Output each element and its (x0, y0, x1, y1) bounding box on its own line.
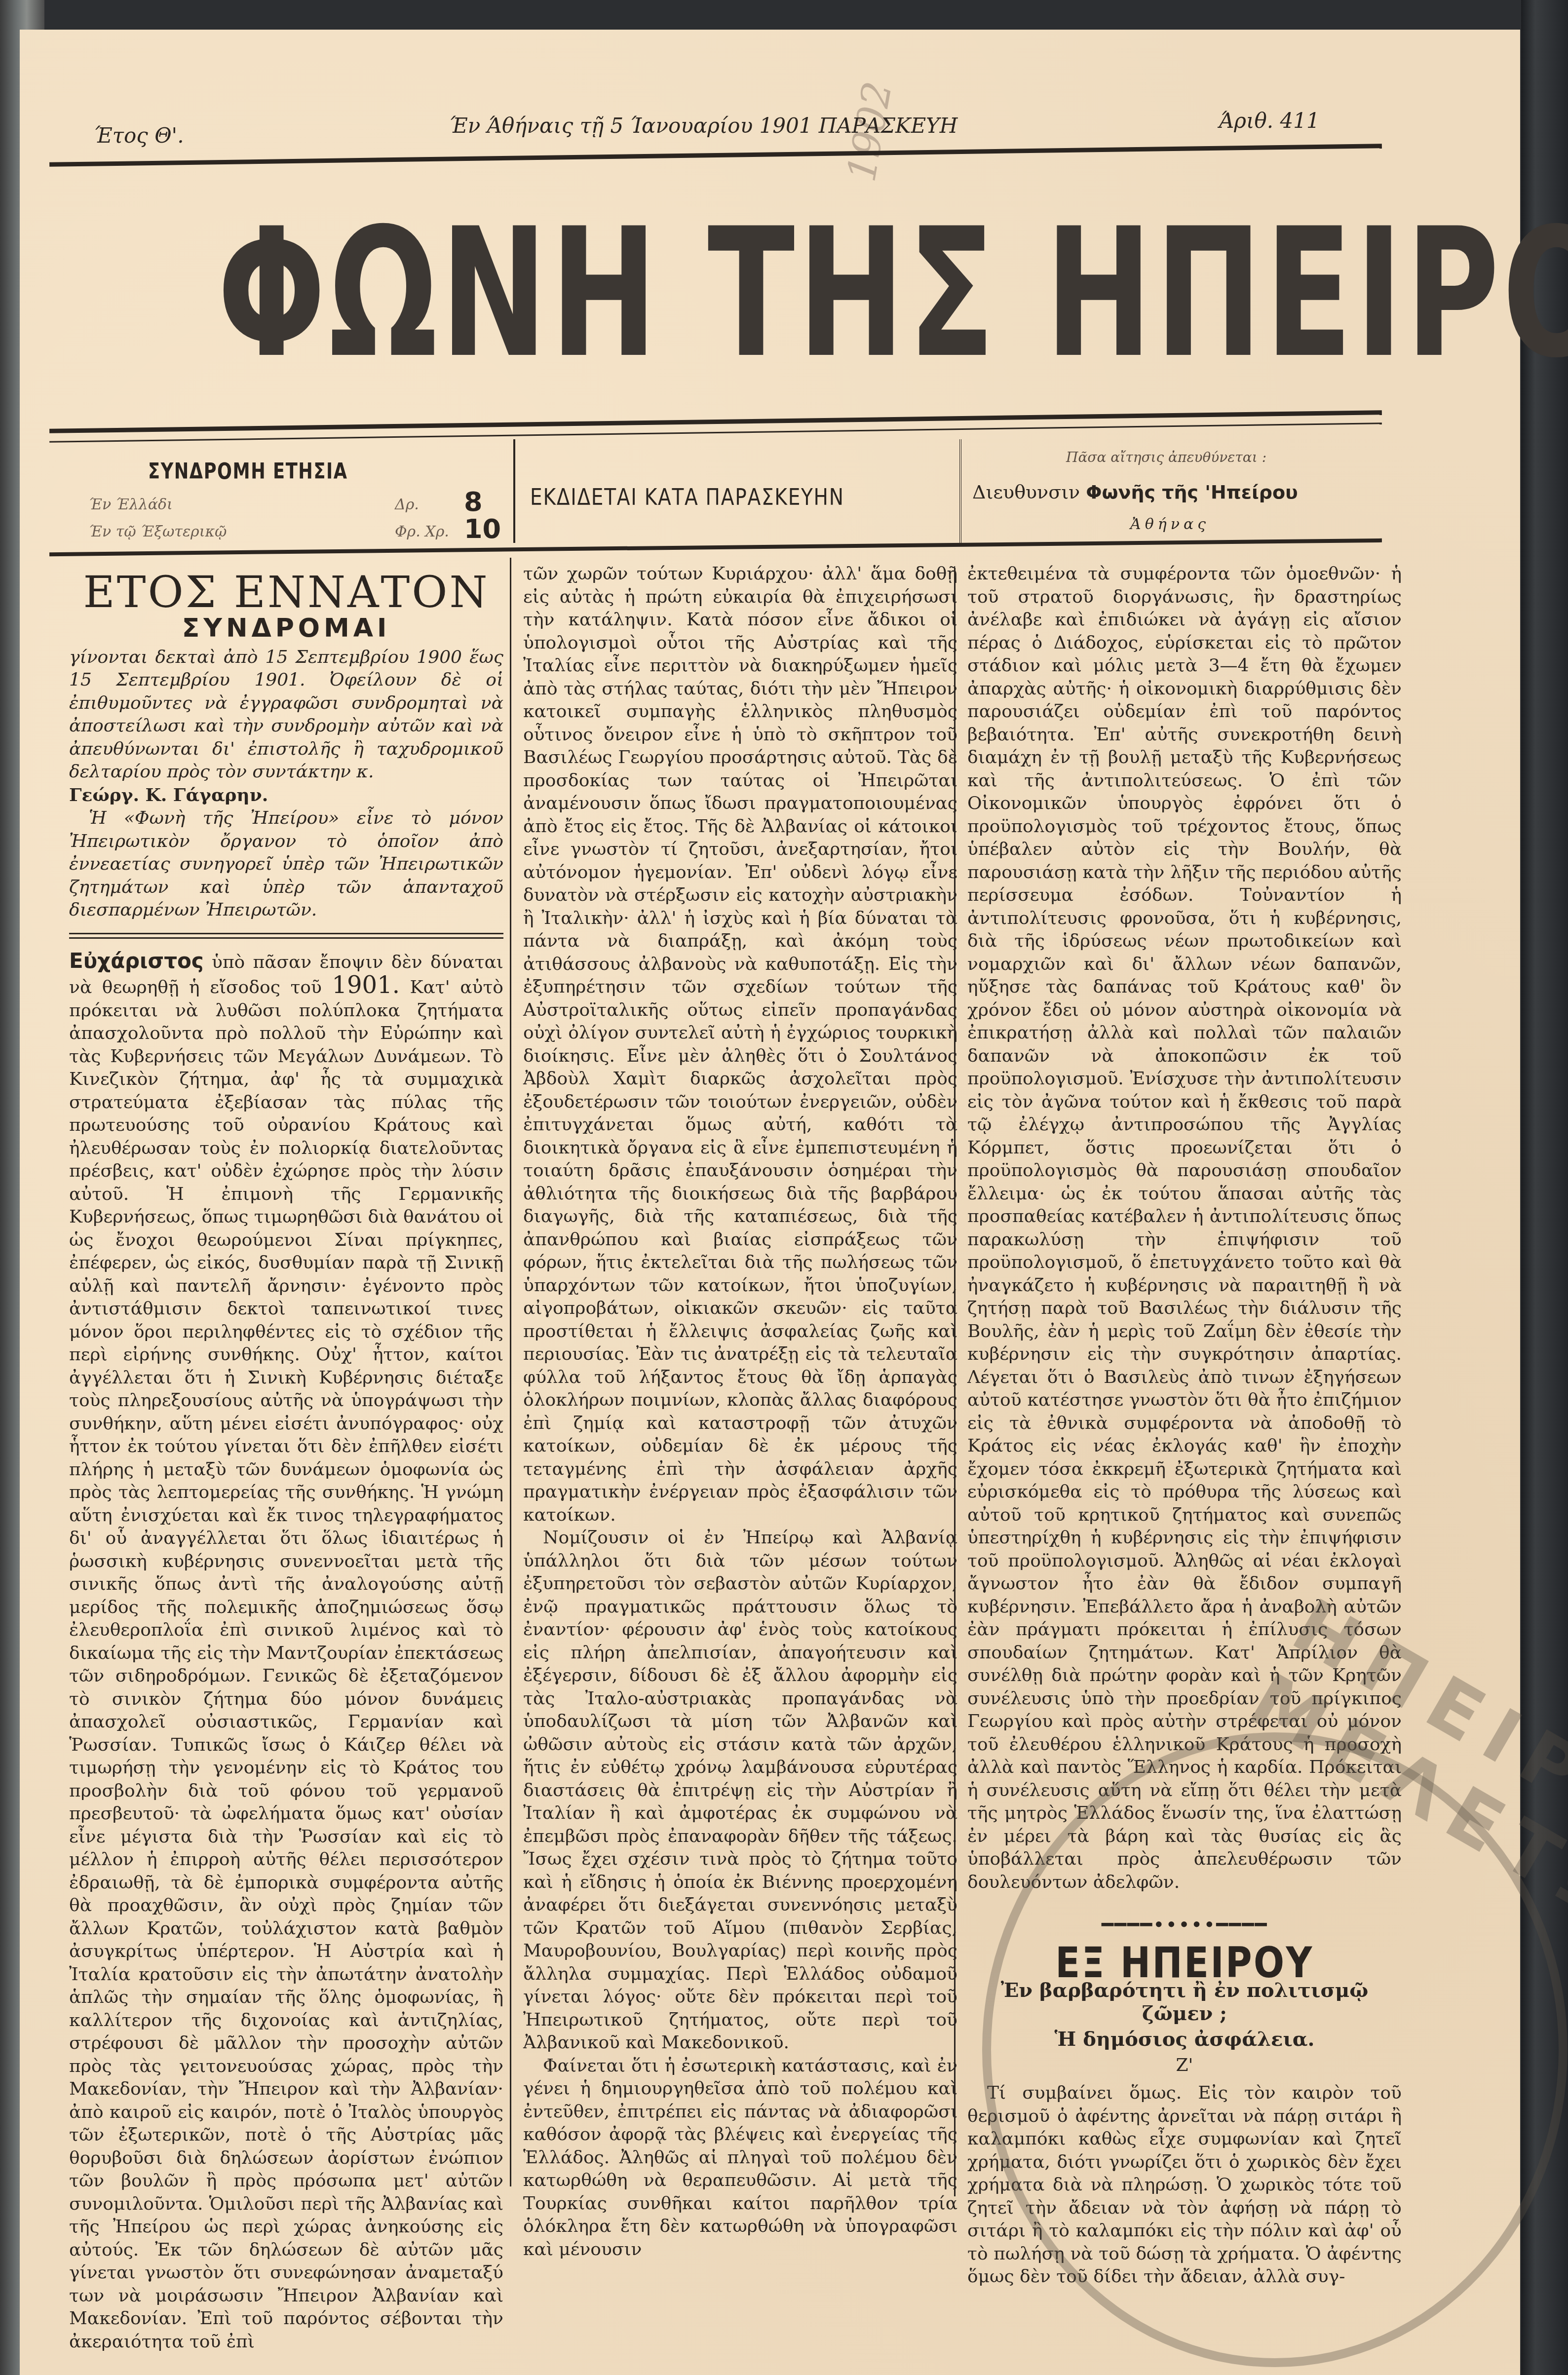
address-city: Ἀθήνας (1130, 516, 1210, 533)
issue-number: Άριθ. 411 (1219, 109, 1320, 133)
column-3: ἐκτεθειμένα τὰ συμφέροντα τῶν ὁμοεθνῶν· … (967, 563, 1402, 2289)
address-note: Πᾶσα αἴτησις ἀπευθύνεται : (1066, 449, 1266, 465)
ornament-divider: ━━━━•••••━━━━ (967, 1914, 1402, 1937)
column-1: ΕΤΟΣ ΕΝΝΑΤΟΝ ΣΥΝΔΡΟΜΑΙ γίνονται δεκταὶ ἀ… (69, 563, 503, 2353)
article-body-col3: ἐκτεθειμένα τὰ συμφέροντα τῶν ὁμοεθνῶν· … (967, 563, 1402, 1894)
column-2: τῶν χωρῶν τούτων Κυριάρχου· ἀλλ' ἅμα δοθ… (523, 563, 957, 2261)
article-body-col2-part1: τῶν χωρῶν τούτων Κυριάρχου· ἀλλ' ἅμα δοθ… (523, 563, 957, 1527)
section-subtitle-2: Ἡ δημόσιος ἀσφάλεια. (967, 2028, 1402, 2051)
article-lead-word: Εὐχάριστος (69, 949, 204, 973)
info-bar: ΣΥΝΔΡΟΜΗ ΕΤΗΣΙΑ Έν Έλλάδι Δρ. 8 Έν τῷ Έξ… (39, 439, 1402, 543)
year-heading: ΕΤΟΣ ΕΝΝΑΤΟΝ (69, 568, 503, 617)
address-prefix: Διευθυνσιν (972, 481, 1080, 503)
publication-schedule: ΕΚΔΙΔΕΤΑΙ ΚΑΤΑ ΠΑΡΑΣΚΕΥΗΝ (530, 484, 844, 510)
subscription-row-foreign-value: 10 (464, 513, 501, 544)
address-line: Διευθυνσιν Φωνῆς τῆς 'Ηπείρου (972, 481, 1298, 503)
address-newspaper: Φωνῆς τῆς 'Ηπείρου (1086, 481, 1298, 503)
masthead-title: ΦΩΝΗ ΤΗΣ ΗΠΕΙΡΟΥ (217, 178, 892, 410)
section-body: Τί συμβαίνει ὅμως. Εἰς τὸν καιρὸν τοῦ θε… (967, 2082, 1402, 2289)
subscription-row-domestic-value: 8 (464, 486, 483, 517)
section-part-number: Ζ' (967, 2054, 1402, 2077)
publication-box: ΕΚΔΙΔΕΤΑΙ ΚΑΤΑ ΠΑΡΑΣΚΕΥΗΝ (513, 439, 961, 543)
subscription-row-foreign-currency: Φρ. Χρ. (395, 523, 449, 540)
subscriptions-heading: ΣΥΝΔΡΟΜΑΙ (69, 617, 503, 640)
subscription-box: ΣΥΝΔΡΟΜΗ ΕΤΗΣΙΑ Έν Έλλάδι Δρ. 8 Έν τῷ Έξ… (59, 439, 498, 543)
dateline-bar: Έτος Θ'. Έν Άθήναις τῇ 5 Ίανουαρίου 1901… (94, 114, 1382, 143)
year-label: Έτος Θ'. (94, 123, 184, 148)
masthead-top-rule (49, 144, 1382, 167)
subscription-title: ΣΥΝΔΡΟΜΗ ΕΤΗΣΙΑ (148, 459, 348, 484)
section-divider (69, 933, 503, 939)
article-year: 1901. (332, 971, 400, 999)
subscription-row-foreign-label: Έν τῷ Έξωτερικῷ (89, 523, 227, 540)
masthead-bottom-rule (49, 410, 1382, 433)
newspaper-description: Ἡ «Φωνὴ τῆς Ἠπείρου» εἶνε τὸ μόνον Ἠπειρ… (69, 807, 503, 922)
editor-name: Γεώργ. Κ. Γάγαρην. (69, 785, 268, 805)
subscription-notice: γίνονται δεκταὶ ἀπὸ 15 Σεπτεμβρίου 1900 … (69, 646, 503, 784)
subscription-row-domestic-currency: Δρ. (395, 496, 419, 513)
dateline: Έν Άθήναις τῇ 5 Ίανουαρίου 1901 ΠΑΡΑΣΚΕΥ… (449, 114, 957, 138)
subscription-row-domestic-label: Έν Έλλάδι (89, 496, 173, 513)
column-separator-1 (510, 558, 511, 2186)
newspaper-page: 1902 Έτος Θ'. Έν Άθήναις τῇ 5 Ίανουαρίου… (20, 30, 1520, 2375)
article-body-col2-part2: Νομίζουσιν οἱ ἐν Ἠπείρῳ καὶ Ἀλβανίᾳ ὑπάλ… (523, 1527, 957, 2055)
article-body-col2-part3: Φαίνεται ὅτι ἡ ἐσωτερικὴ κατάστασις, καὶ… (523, 2055, 957, 2261)
binding-top (0, 0, 1568, 30)
article-body-col1: Κατ' αὐτὸ πρόκειται νὰ λυθῶσι πολύπλοκα … (69, 977, 503, 2352)
section-title-ex-ipeirou: ΕΞ ΗΠΕΙΡΟΥ (1000, 1952, 1369, 1975)
address-box: Πᾶσα αἴτησις ἀπευθύνεται : Διευθυνσιν Φω… (967, 439, 1402, 543)
